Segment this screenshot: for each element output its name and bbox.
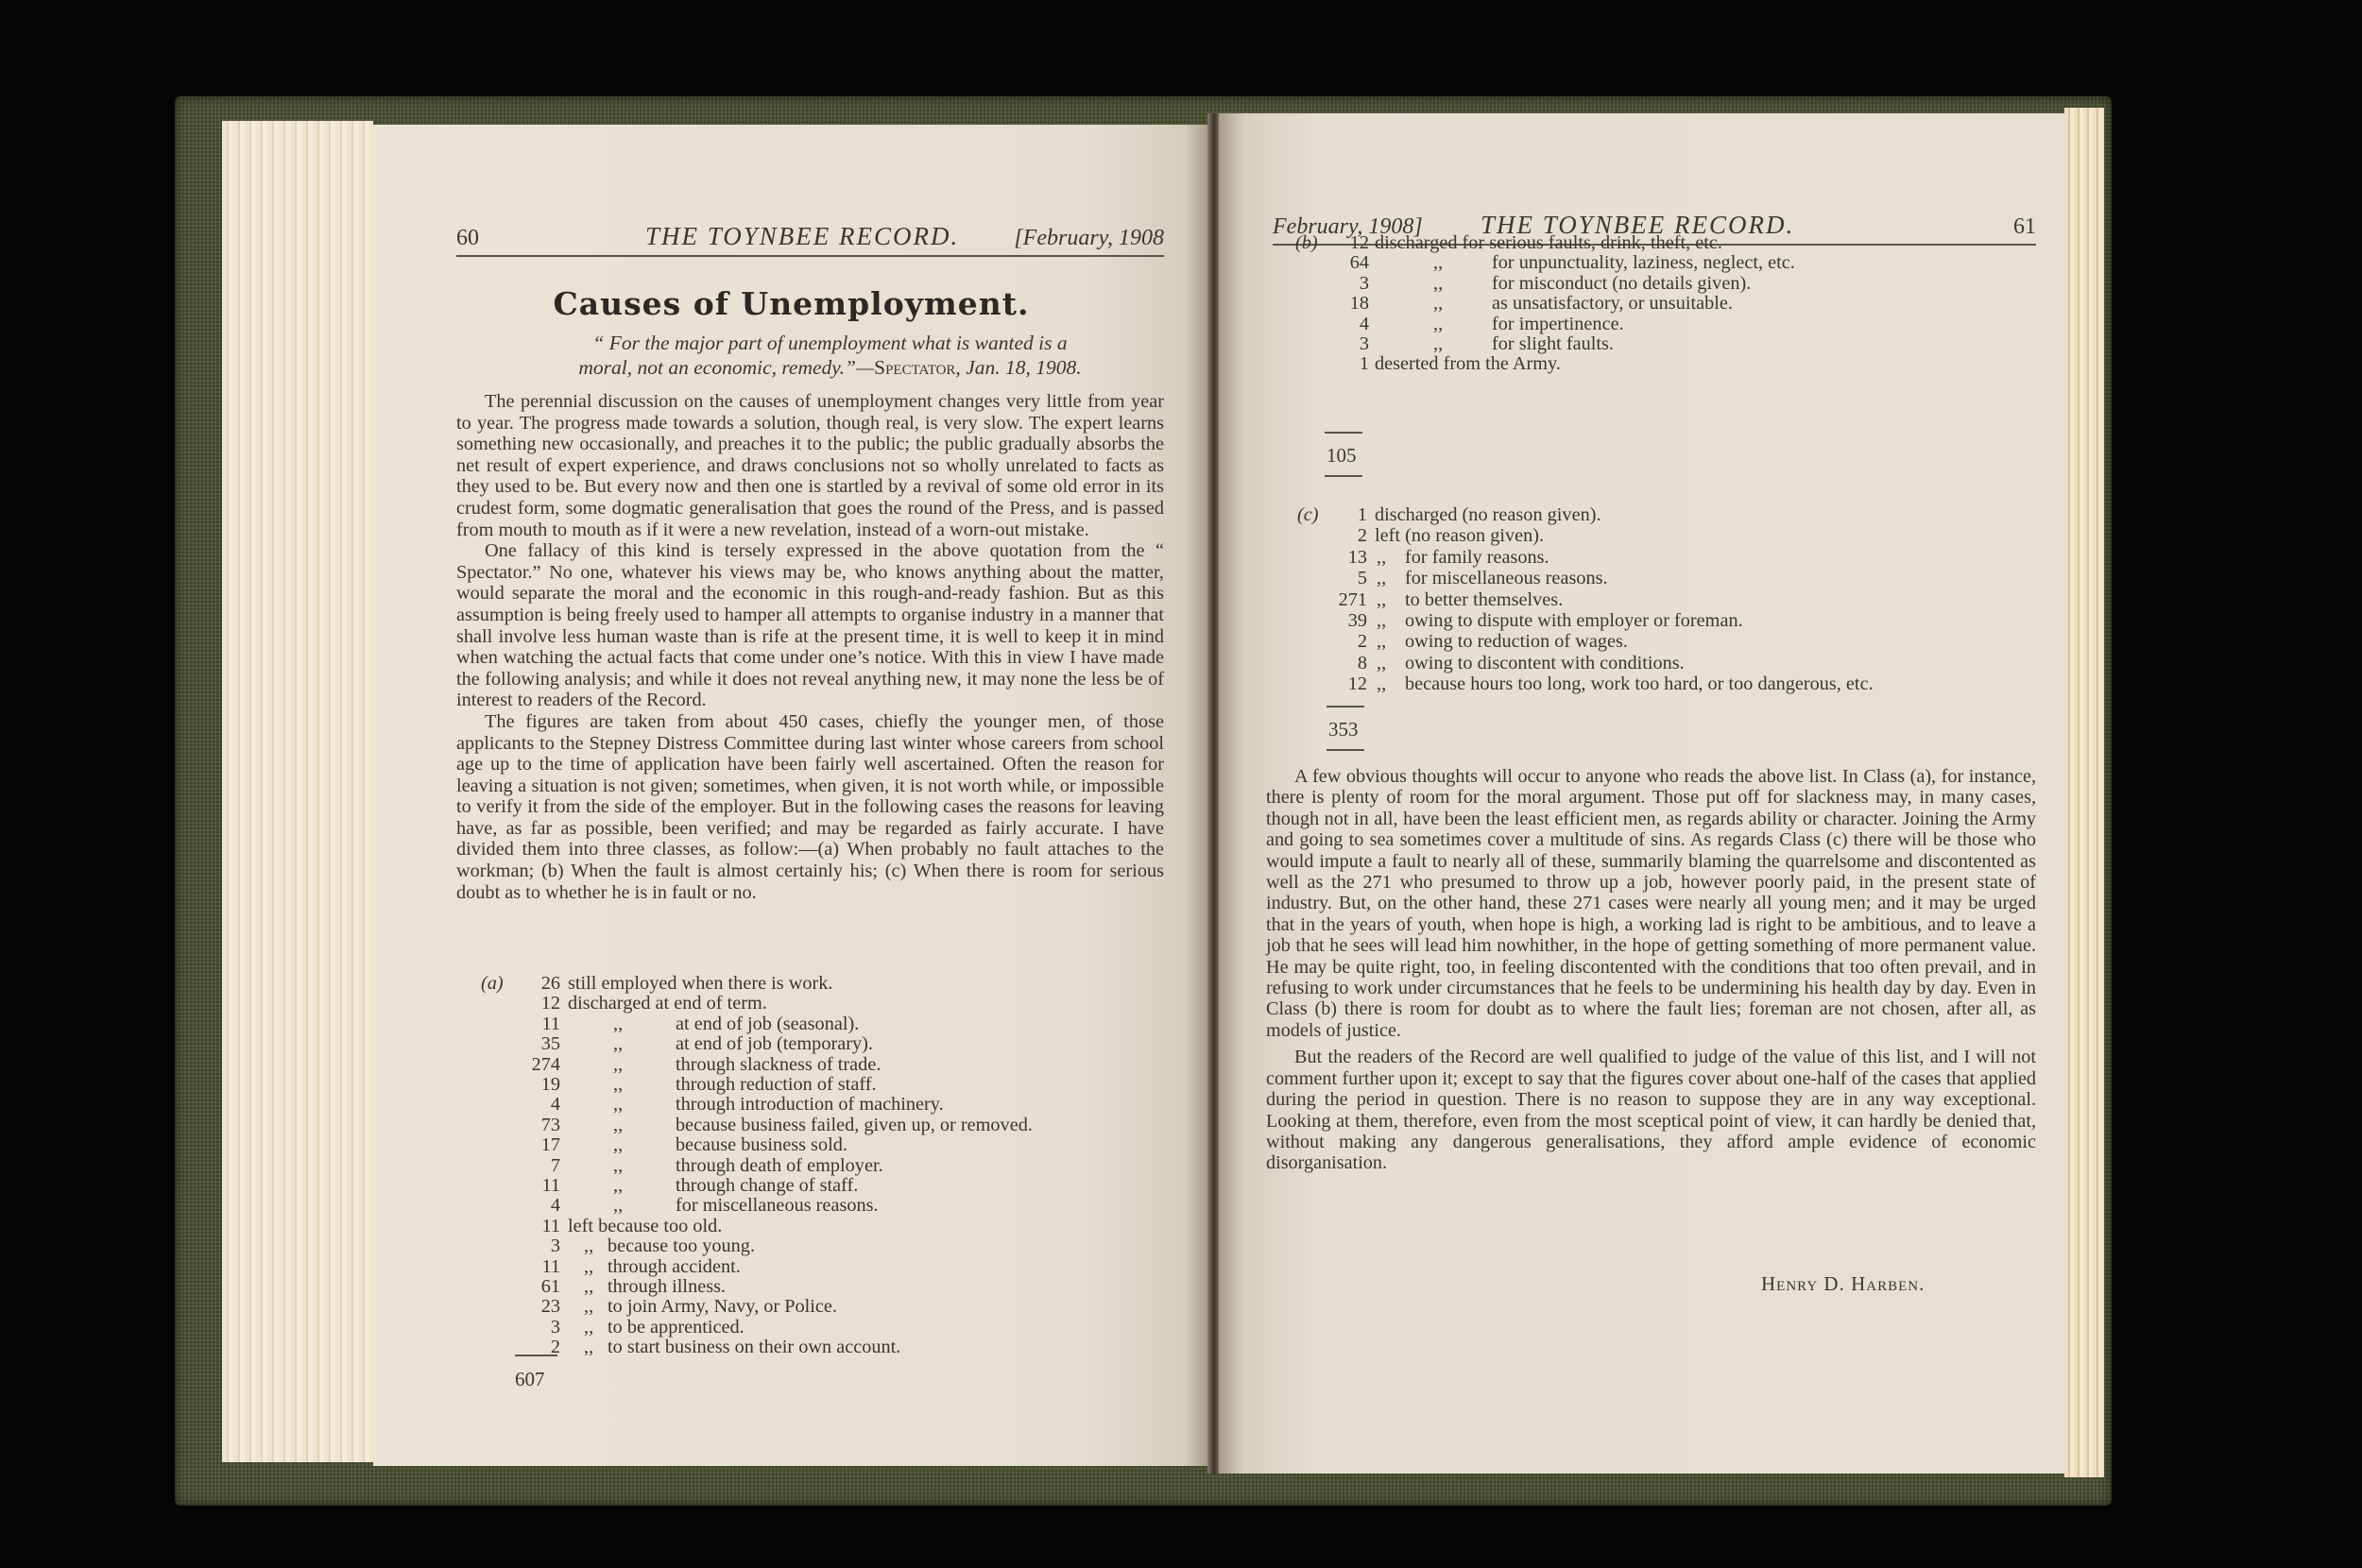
reason-text: left (no reason given).	[1375, 525, 1544, 547]
ditto-mark: ,,	[613, 1115, 623, 1136]
ditto-mark: ,,	[584, 1236, 593, 1257]
ditto-mark: ,,	[1433, 293, 1443, 315]
ditto-mark: ,,	[1377, 631, 1386, 653]
class-b-total: 105	[1326, 444, 1357, 468]
class-a-total: 607	[515, 1368, 545, 1391]
reason-text: because business failed, given up, or re…	[676, 1115, 1033, 1136]
reason-text: for misconduct (no details given).	[1492, 273, 1751, 295]
list-item: 4,,through introduction of machinery.	[456, 1094, 1174, 1116]
reason-text: through introduction of machinery.	[676, 1094, 944, 1116]
case-count: 17	[504, 1134, 560, 1156]
reason-text: because business sold.	[676, 1134, 847, 1156]
reason-text: owing to reduction of wages.	[1405, 631, 1628, 653]
ditto-mark: ,,	[584, 1276, 593, 1298]
epigraph-line-1: “ For the major part of unemployment wha…	[496, 331, 1164, 355]
case-count: 4	[504, 1195, 560, 1217]
reason-text: for slight faults.	[1492, 333, 1614, 355]
list-item: 61,,through illness.	[456, 1276, 1174, 1298]
paragraph: A few obvious thoughts will occur to any…	[1266, 766, 2036, 1041]
ditto-mark: ,,	[584, 1296, 593, 1318]
ditto-mark: ,,	[613, 1155, 623, 1177]
list-item: 1discharged (no reason given).	[1273, 504, 2047, 526]
list-item: 11,,through accident.	[456, 1256, 1174, 1278]
list-item: 4,,for impertinence.	[1273, 314, 2028, 335]
ditto-mark: ,,	[584, 1337, 593, 1358]
case-count: 4	[504, 1094, 560, 1116]
list-item: 35,,at end of job (temporary).	[456, 1033, 1174, 1055]
ditto-mark: ,,	[1377, 610, 1386, 632]
reason-text: for miscellaneous reasons.	[676, 1195, 879, 1217]
article-body: The perennial discussion on the causes o…	[456, 391, 1164, 903]
article-conclusion: A few obvious thoughts will occur to any…	[1266, 766, 2036, 1174]
epigraph-quote: moral, not an economic, remedy.”—	[578, 356, 874, 379]
paragraph: But the readers of the Record are well q…	[1266, 1047, 2036, 1173]
list-item: 64,,for unpunctuality, laziness, neglect…	[1273, 252, 2028, 274]
page-number: 60	[456, 226, 479, 251]
reason-text: through illness.	[608, 1276, 726, 1298]
case-count: 2	[1310, 525, 1367, 547]
ditto-mark: ,,	[1433, 252, 1443, 274]
case-count: 11	[504, 1175, 560, 1197]
case-count: 13	[1310, 547, 1367, 569]
list-item: 11,,through change of staff.	[456, 1175, 1174, 1197]
case-count: 4	[1312, 314, 1369, 335]
case-count: 11	[504, 1014, 560, 1035]
case-count: 3	[1312, 333, 1369, 355]
case-count: 12	[1312, 232, 1369, 254]
case-count: 64	[1312, 252, 1369, 274]
ditto-mark: ,,	[613, 1175, 623, 1197]
reason-text: for miscellaneous reasons.	[1405, 568, 1608, 589]
case-count: 3	[504, 1236, 560, 1257]
list-item: 2,,to start business on their own accoun…	[456, 1337, 1174, 1358]
case-count: 35	[504, 1033, 560, 1055]
ditto-mark: ,,	[584, 1256, 593, 1278]
case-count: 1	[1310, 504, 1367, 526]
article-title: Causes of Unemployment.	[373, 285, 1209, 322]
total-rule	[515, 1355, 557, 1356]
case-count: 18	[1312, 293, 1369, 315]
list-item: 3,,for slight faults.	[1273, 333, 2028, 355]
running-date: [February, 1908	[1014, 226, 1164, 251]
total-rule	[1325, 432, 1362, 434]
list-item: 2,,owing to reduction of wages.	[1273, 631, 2047, 653]
paragraph: The perennial discussion on the causes o…	[456, 391, 1164, 540]
reason-text: for impertinence.	[1492, 314, 1624, 335]
case-count: 1	[1312, 353, 1369, 375]
list-item: 13,,for family reasons.	[1273, 547, 2047, 569]
ditto-mark: ,,	[1433, 273, 1443, 295]
case-count: 3	[1312, 273, 1369, 295]
list-item: 11,,at end of job (seasonal).	[456, 1014, 1174, 1035]
list-item: 17,,because business sold.	[456, 1134, 1174, 1156]
ditto-mark: ,,	[1433, 333, 1443, 355]
running-header: 60 THE TOYNBEE RECORD. [February, 1908	[456, 223, 1164, 257]
case-count: 19	[504, 1074, 560, 1096]
left-page: 60 THE TOYNBEE RECORD. [February, 1908 C…	[373, 125, 1209, 1466]
case-count: 271	[1310, 589, 1367, 611]
list-item: 3,,to be apprenticed.	[456, 1317, 1174, 1338]
list-item: 18,,as unsatisfactory, or unsuitable.	[1273, 293, 2028, 315]
ditto-mark: ,,	[1377, 653, 1386, 674]
reason-text: through reduction of staff.	[676, 1074, 877, 1096]
case-count: 8	[1310, 653, 1367, 674]
reason-text: discharged (no reason given).	[1375, 504, 1601, 526]
reason-text: owing to dispute with employer or forema…	[1405, 610, 1743, 632]
list-item: 12discharged at end of term.	[456, 993, 1174, 1014]
reason-text: as unsatisfactory, or unsuitable.	[1492, 293, 1733, 315]
reason-text: owing to discontent with conditions.	[1405, 653, 1685, 674]
ditto-mark: ,,	[613, 1134, 623, 1156]
case-count: 274	[504, 1054, 560, 1076]
paragraph: One fallacy of this kind is tersely expr…	[456, 540, 1164, 711]
reason-text: to be apprenticed.	[608, 1317, 745, 1338]
total-rule	[1326, 706, 1364, 707]
reason-text: through slackness of trade.	[676, 1054, 881, 1076]
reason-text: to join Army, Navy, or Police.	[608, 1296, 837, 1318]
list-item: 274,,through slackness of trade.	[456, 1054, 1174, 1076]
list-item: 12discharged for serious faults, drink, …	[1273, 232, 2028, 254]
list-item: 39,,owing to dispute with employer or fo…	[1273, 610, 2047, 632]
list-item: 3,,for misconduct (no details given).	[1273, 273, 2028, 295]
reason-text: at end of job (temporary).	[676, 1033, 873, 1055]
epigraph-line-2: moral, not an economic, remedy.”—Spectat…	[496, 355, 1164, 380]
list-item: 8,,owing to discontent with conditions.	[1273, 653, 2047, 674]
reason-text: through death of employer.	[676, 1155, 883, 1177]
list-item: 7,,through death of employer.	[456, 1155, 1174, 1177]
case-count: 11	[504, 1216, 560, 1237]
case-count: 2	[1310, 631, 1367, 653]
ditto-mark: ,,	[1377, 568, 1386, 589]
right-page: February, 1908] THE TOYNBEE RECORD. 61 (…	[1219, 113, 2064, 1474]
ditto-mark: ,,	[613, 1054, 623, 1076]
ditto-mark: ,,	[1433, 314, 1443, 335]
case-count: 39	[1310, 610, 1367, 632]
reason-text: deserted from the Army.	[1375, 353, 1561, 375]
case-count: 3	[504, 1317, 560, 1338]
left-page-edges	[222, 121, 373, 1462]
reason-text: still employed when there is work.	[568, 973, 833, 995]
author-signature: Henry D. Harben.	[1761, 1272, 1925, 1296]
ditto-mark: ,,	[613, 1094, 623, 1116]
list-item: 12,,because hours too long, work too har…	[1273, 673, 2047, 695]
case-count: 23	[504, 1296, 560, 1318]
list-item: 3,,because too young.	[456, 1236, 1174, 1257]
ditto-mark: ,,	[613, 1014, 623, 1035]
list-item: 73,,because business failed, given up, o…	[456, 1115, 1174, 1136]
case-count: 5	[1310, 568, 1367, 589]
case-count: 73	[504, 1115, 560, 1136]
paragraph: The figures are taken from about 450 cas…	[456, 711, 1164, 903]
list-item: 2left (no reason given).	[1273, 525, 2047, 547]
right-page-edges	[2064, 108, 2104, 1477]
reason-text: through change of staff.	[676, 1175, 858, 1197]
reason-text: to start business on their own account.	[608, 1337, 900, 1358]
list-item: 1deserted from the Army.	[1273, 353, 2028, 375]
reason-text: because too young.	[608, 1236, 755, 1257]
epigraph-date: Jan. 18, 1908.	[961, 356, 1082, 379]
reason-text: for unpunctuality, laziness, neglect, et…	[1492, 252, 1795, 274]
reason-text: at end of job (seasonal).	[676, 1014, 859, 1035]
ditto-mark: ,,	[613, 1074, 623, 1096]
total-rule	[1326, 749, 1364, 751]
ditto-mark: ,,	[1377, 589, 1386, 611]
ditto-mark: ,,	[1377, 547, 1386, 569]
case-count: 61	[504, 1276, 560, 1298]
list-item: 4,,for miscellaneous reasons.	[456, 1195, 1174, 1217]
ditto-mark: ,,	[613, 1195, 623, 1217]
reason-text: for family reasons.	[1405, 547, 1549, 569]
list-item: 23,,to join Army, Navy, or Police.	[456, 1296, 1174, 1318]
reason-text: left because too old.	[568, 1216, 722, 1237]
ditto-mark: ,,	[584, 1317, 593, 1338]
case-count: 12	[504, 993, 560, 1014]
reason-text: because hours too long, work too hard, o…	[1405, 673, 1874, 695]
case-count: 11	[504, 1256, 560, 1278]
epigraph-source: Spectator,	[874, 356, 961, 379]
case-count: 7	[504, 1155, 560, 1177]
reason-text: discharged for serious faults, drink, th…	[1375, 232, 1722, 254]
ditto-mark: ,,	[1377, 673, 1386, 695]
list-item: 19,,through reduction of staff.	[456, 1074, 1174, 1096]
reason-text: discharged at end of term.	[568, 993, 767, 1014]
total-rule	[1325, 475, 1362, 477]
reason-text: through accident.	[608, 1256, 741, 1278]
list-item: 271,,to better themselves.	[1273, 589, 2047, 611]
running-title: THE TOYNBEE RECORD.	[645, 222, 959, 251]
epigraph: “ For the major part of unemployment wha…	[496, 331, 1164, 380]
ditto-mark: ,,	[613, 1033, 623, 1055]
class-c-total: 353	[1328, 718, 1359, 741]
case-count: 12	[1310, 673, 1367, 695]
list-item: 11left because too old.	[456, 1216, 1174, 1237]
list-item: 5,,for miscellaneous reasons.	[1273, 568, 2047, 589]
case-count: 26	[504, 973, 560, 995]
reason-text: to better themselves.	[1405, 589, 1563, 611]
list-item: 26still employed when there is work.	[456, 973, 1174, 995]
